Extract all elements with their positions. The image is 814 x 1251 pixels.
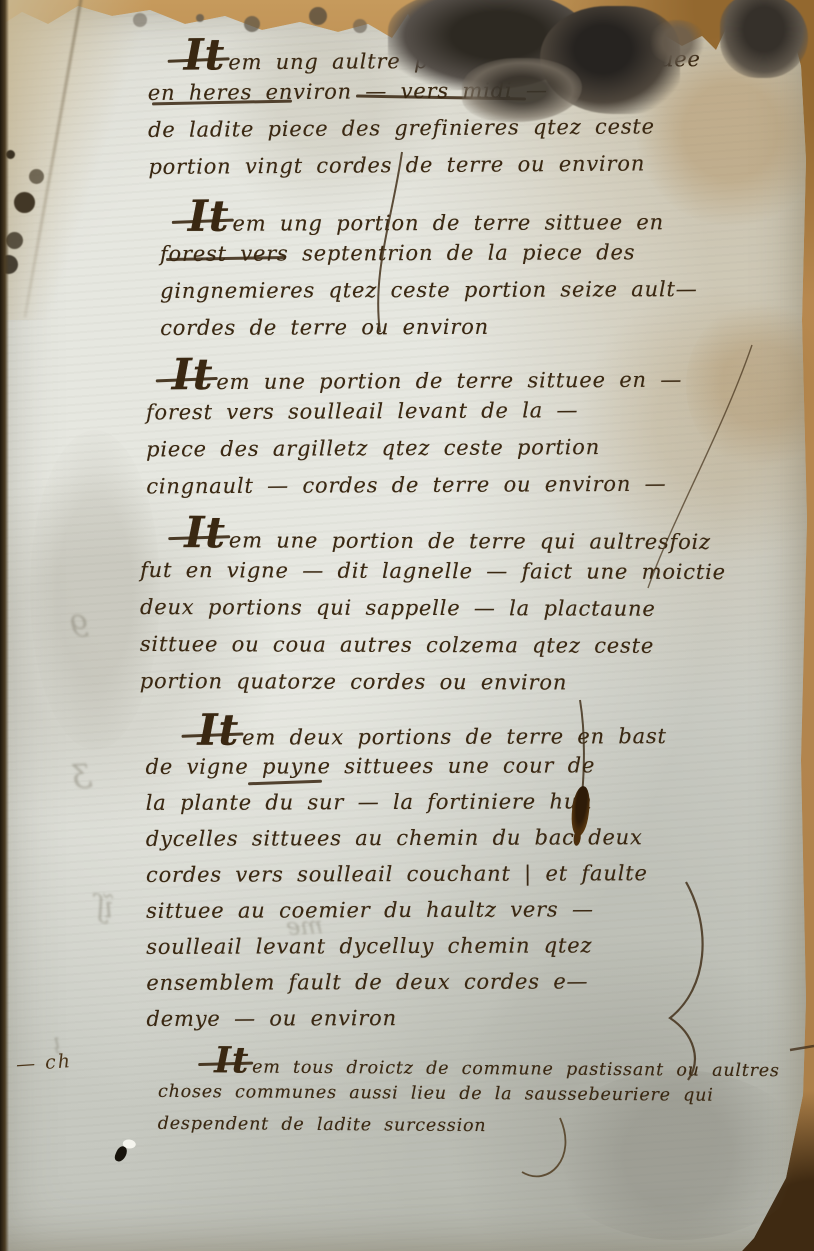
manuscript-line: portion vingt cordes de terre ou environ (148, 145, 701, 186)
margin-annotation: — ch (15, 1050, 72, 1076)
paragraph-initial: It (183, 30, 225, 80)
manuscript-paragraph-4: Item une portion de terre qui aultresfoi… (140, 515, 726, 702)
manuscript-line: ensemblem fault de deux cordes e— (146, 963, 667, 1001)
manuscript-line: Item ung portion de terre sittuee en (160, 197, 698, 236)
manuscript-line: Item une portion de terre qui aultresfoi… (140, 515, 726, 554)
paragraph-initial: It (197, 706, 239, 756)
manuscript-line: Item une portion de terre sittuee en — (146, 355, 683, 395)
manuscript-line: Item tous droictz de commune pastissant … (158, 1044, 780, 1080)
manuscript-paragraph-6: Item tous droictz de commune pastissant … (158, 1044, 780, 1144)
manuscript-line: de ladite piece des grefinieres qtez ces… (148, 108, 701, 149)
folded-corner (0, 0, 170, 320)
manuscript-line: dycelles sittuees au chemin du bac deux (146, 819, 667, 857)
manuscript-paragraph-5: Item deux portions de terre en bast de v… (145, 711, 667, 1037)
manuscript-line: despendent de ladite surcession (158, 1108, 780, 1144)
bleedthrough-mark: ĩʃ (94, 889, 115, 926)
manuscript-photo: 9 ʒ ĩʃ me ι̧ Item ung aultre portion de … (0, 0, 814, 1251)
line-text: em une portion de terre qui aultresfoiz (229, 528, 711, 554)
manuscript-line: deux portions qui sappelle — la plactaun… (140, 589, 726, 628)
manuscript-line: Item deux portions de terre en bast (145, 711, 666, 749)
damage-patch (720, 0, 808, 78)
line-text: em ung portion de terre sittuee en (232, 210, 664, 236)
damage-flecks (196, 14, 204, 22)
manuscript-paragraph-2: Item ung portion de terre sittuee en for… (160, 197, 698, 347)
paragraph-initial: It (214, 1039, 249, 1081)
manuscript-line: portion quatorze cordes ou environ (140, 663, 726, 702)
paragraph-initial: It (172, 350, 214, 400)
bleedthrough-mark: 9 (69, 610, 90, 646)
manuscript-paragraph-3: Item une portion de terre sittuee en — f… (146, 355, 683, 506)
manuscript-line: sittuee au coemier du haultz vers — (146, 891, 667, 929)
manuscript-line: demye — ou environ (146, 999, 667, 1037)
damage-patch (648, 20, 706, 64)
manuscript-line: choses communes aussi lieu de la sausseb… (158, 1076, 780, 1112)
manuscript-line: cordes vers soulleail couchant | et faul… (146, 855, 667, 893)
binding-edge (0, 0, 9, 1251)
manuscript-line: fut en vigne — dit lagnelle — faict une … (140, 552, 726, 591)
paragraph-initial: It (184, 508, 226, 558)
manuscript-line: cingnault — cordes de terre ou environ — (146, 466, 683, 506)
manuscript-line: cordes de terre ou environ (160, 308, 698, 347)
manuscript-line: sittuee ou coua autres colzema qtez cest… (140, 626, 726, 665)
manuscript-line: gingnemieres qtez ceste portion seize au… (160, 271, 698, 310)
bleedthrough-mark: ʒ (71, 750, 92, 791)
line-text: em une portion de terre sittuee en — (216, 368, 682, 394)
line-text: em deux portions de terre en bast (242, 724, 667, 749)
paragraph-initial: It (188, 192, 230, 242)
manuscript-line: forest vers soulleail levant de la — (146, 392, 683, 432)
manuscript-line: soulleail levant dycelluy chemin qtez (146, 927, 667, 965)
manuscript-line: piece des argilletz qtez ceste portion (146, 429, 683, 469)
manuscript-line: forest vers septentrion de la piece des (160, 234, 698, 273)
